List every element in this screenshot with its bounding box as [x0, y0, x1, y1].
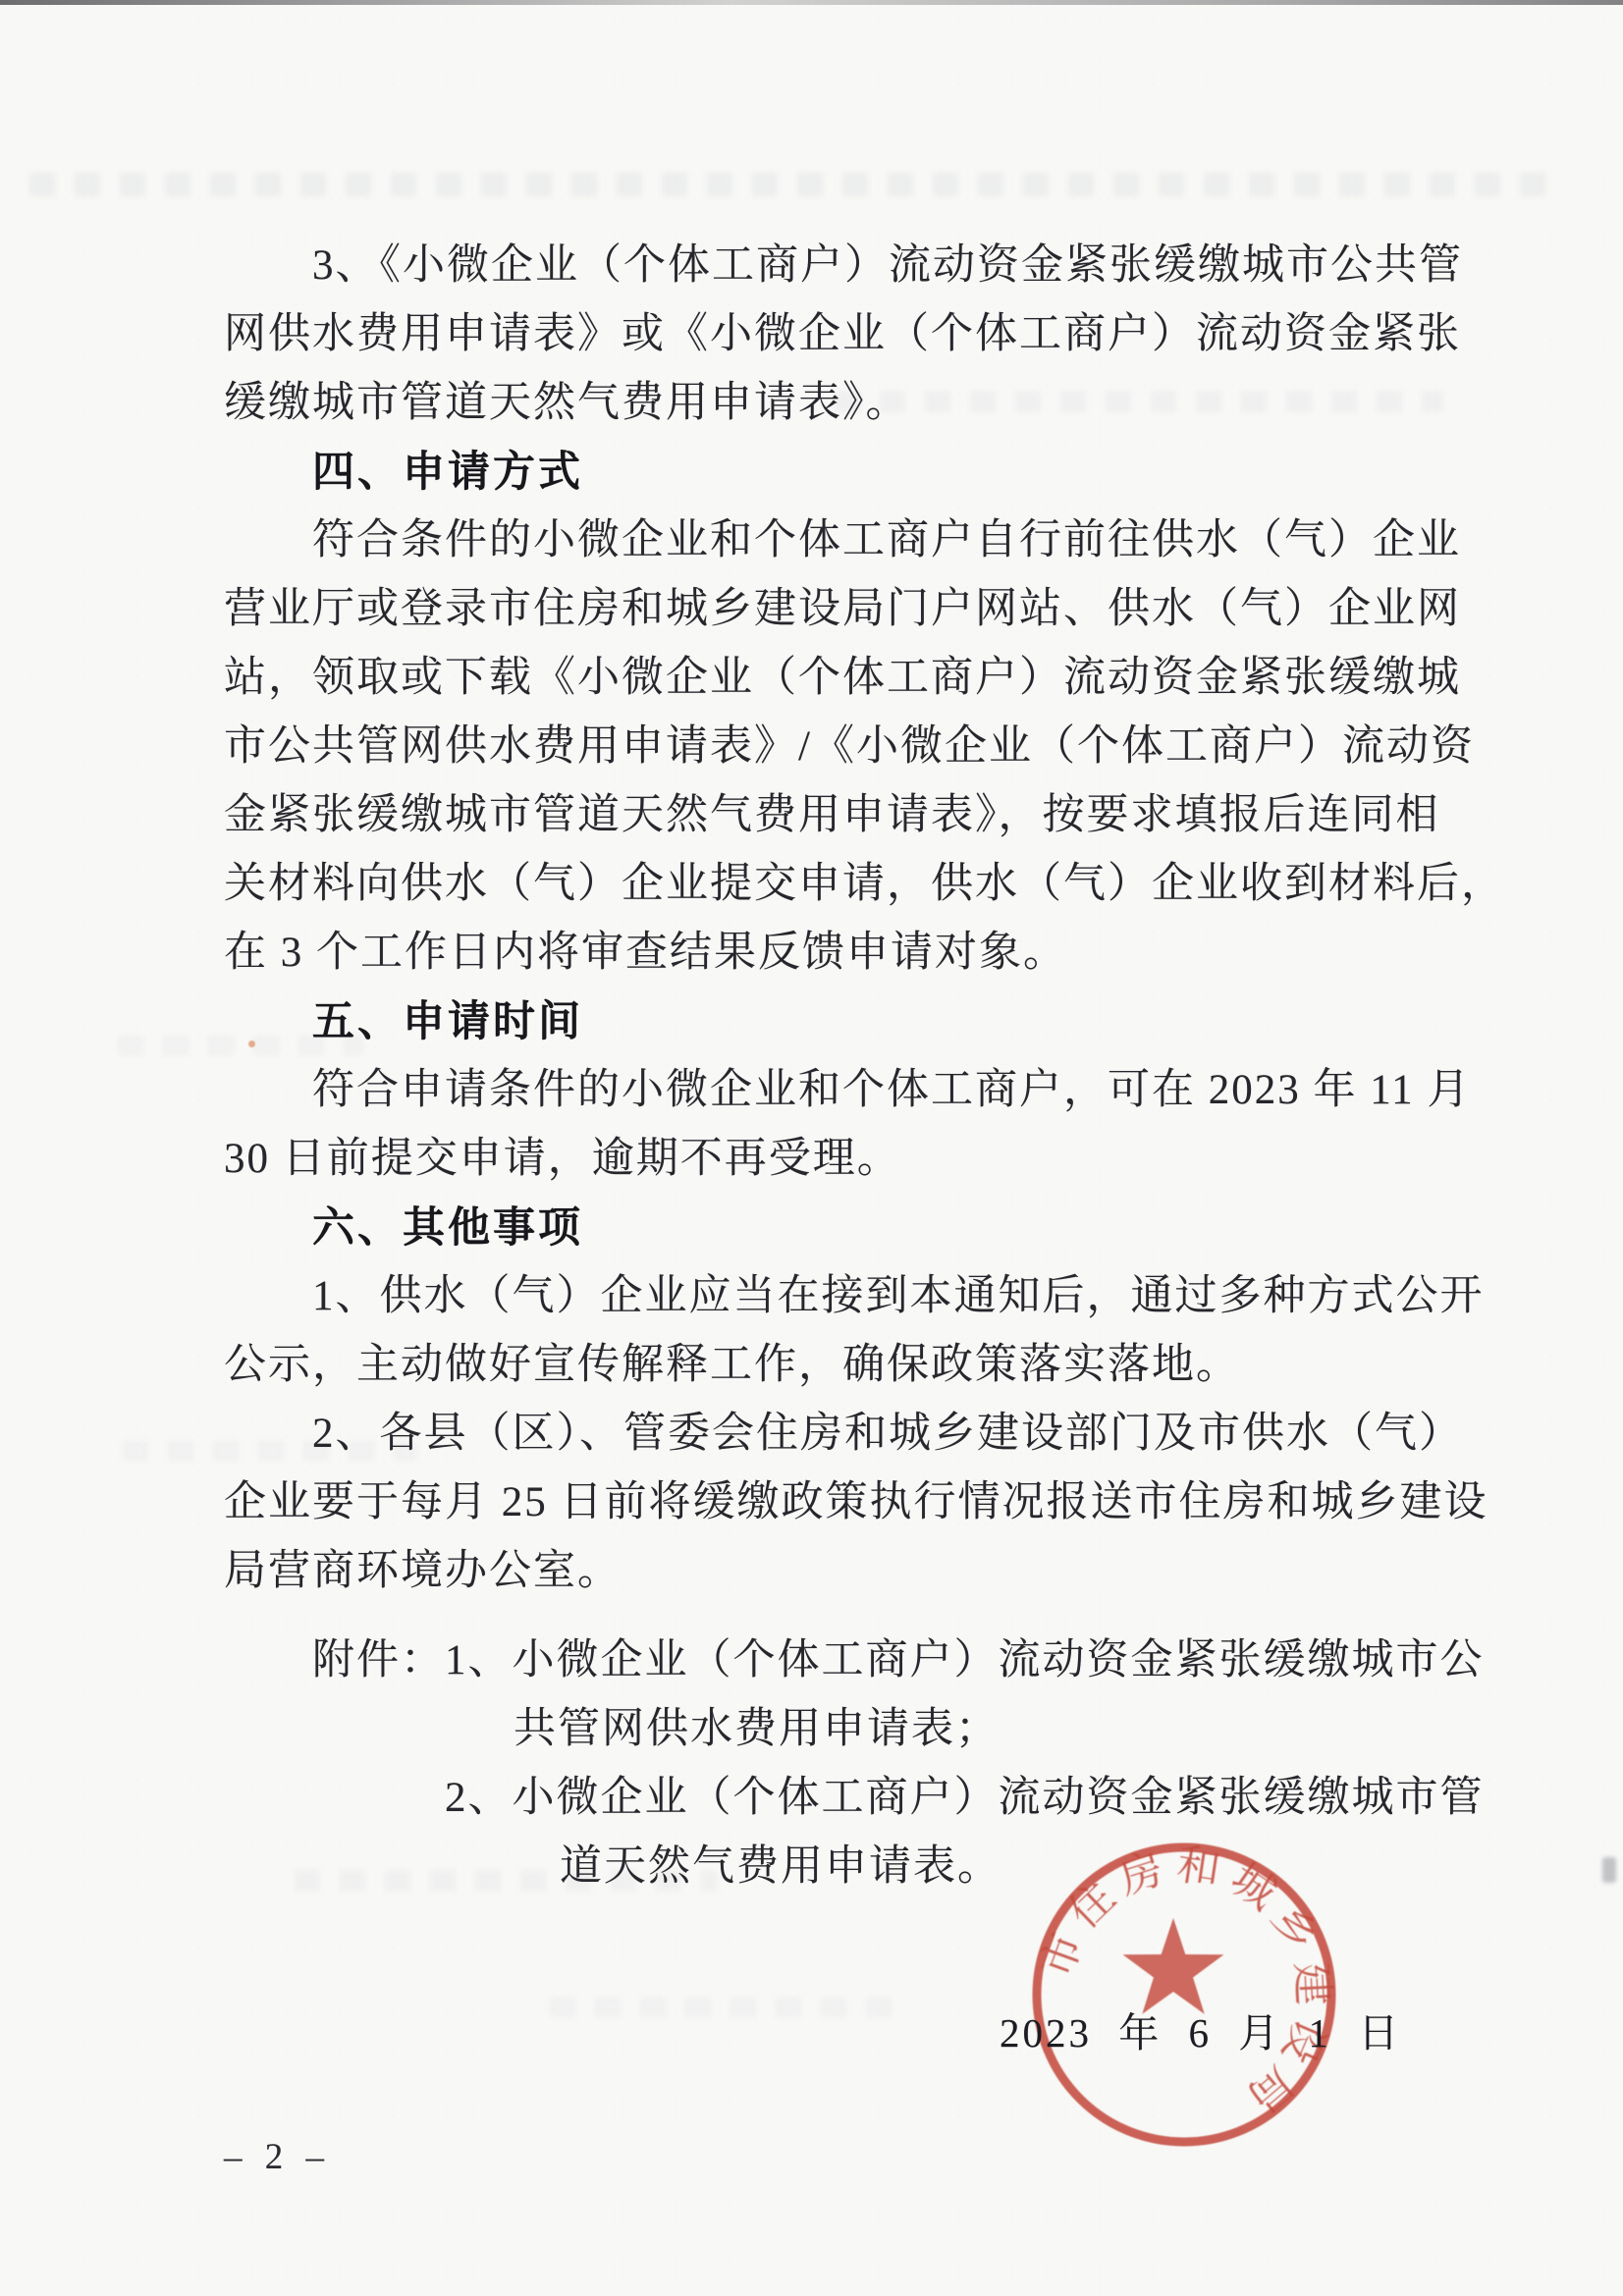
scan-artifact: [1602, 1857, 1616, 1883]
text-line: 30 日前提交申请，逾期不再受理。: [224, 1125, 1540, 1194]
text-line: 金紧张缓缴城市管道天然气费用申请表》，按要求填报后连同相: [224, 781, 1540, 850]
document-body: 3、《小微企业（个体工商户）流动资金紧张缓缴城市公共管 网供水费用申请表》或《小…: [224, 232, 1540, 1901]
section-heading-application-method: 四、申请方式: [224, 438, 1540, 507]
text-line: 在 3 个工作日内将审查结果反馈申请对象。: [224, 919, 1540, 988]
scan-artifact: [550, 1998, 903, 2017]
text-line: 关材料向供水（气）企业提交申请，供水（气）企业收到材料后，: [224, 850, 1540, 919]
text-line: 缓缴城市管道天然气费用申请表》。: [224, 369, 1540, 438]
issue-date: 2023 年 6 月 1 日: [1000, 2001, 1401, 2058]
text-line: 企业要于每月 25 日前将缓缴政策执行情况报送市住房和城乡建设: [224, 1468, 1540, 1537]
text-line: 局营商环境办公室。: [224, 1537, 1540, 1606]
scan-artifact: [29, 173, 1561, 196]
text-line: 市公共管网供水费用申请表》/《小微企业（个体工商户）流动资: [224, 713, 1540, 781]
text-line: 1、供水（气）企业应当在接到本通知后，通过多种方式公开: [224, 1262, 1540, 1331]
attachment-line: 共管网供水费用申请表；: [224, 1695, 1540, 1764]
attachment-line: 2、小微企业（个体工商户）流动资金紧张缓缴城市管: [224, 1764, 1540, 1833]
section-heading-other-matters: 六、其他事项: [224, 1194, 1540, 1262]
text-line: 符合条件的小微企业和个体工商户自行前往供水（气）企业: [224, 507, 1540, 575]
text-line: 网供水费用申请表》或《小微企业（个体工商户）流动资金紧张: [224, 300, 1540, 369]
official-seal: 市住房和城乡建设局: [1025, 1836, 1343, 2154]
section-heading-application-time: 五、申请时间: [224, 988, 1540, 1056]
text-line: 公示，主动做好宣传解释工作，确保政策落实落地。: [224, 1331, 1540, 1400]
text-line: 站，领取或下载《小微企业（个体工商户）流动资金紧张缓缴城: [224, 644, 1540, 713]
text-line: 营业厅或登录市住房和城乡建设局门户网站、供水（气）企业网: [224, 575, 1540, 644]
text-line: 符合申请条件的小微企业和个体工商户，可在 2023 年 11 月: [224, 1056, 1540, 1125]
page-number: – 2 –: [224, 2136, 331, 2178]
attachment-line: 附件：1、小微企业（个体工商户）流动资金紧张缓缴城市公: [224, 1627, 1540, 1695]
text-line: 2、各县（区）、管委会住房和城乡建设部门及市供水（气）: [224, 1400, 1540, 1468]
scan-edge-artifact: [0, 0, 1623, 5]
document-page: 3、《小微企业（个体工商户）流动资金紧张缓缴城市公共管 网供水费用申请表》或《小…: [0, 0, 1623, 2296]
text-line: 3、《小微企业（个体工商户）流动资金紧张缓缴城市公共管: [224, 232, 1540, 300]
